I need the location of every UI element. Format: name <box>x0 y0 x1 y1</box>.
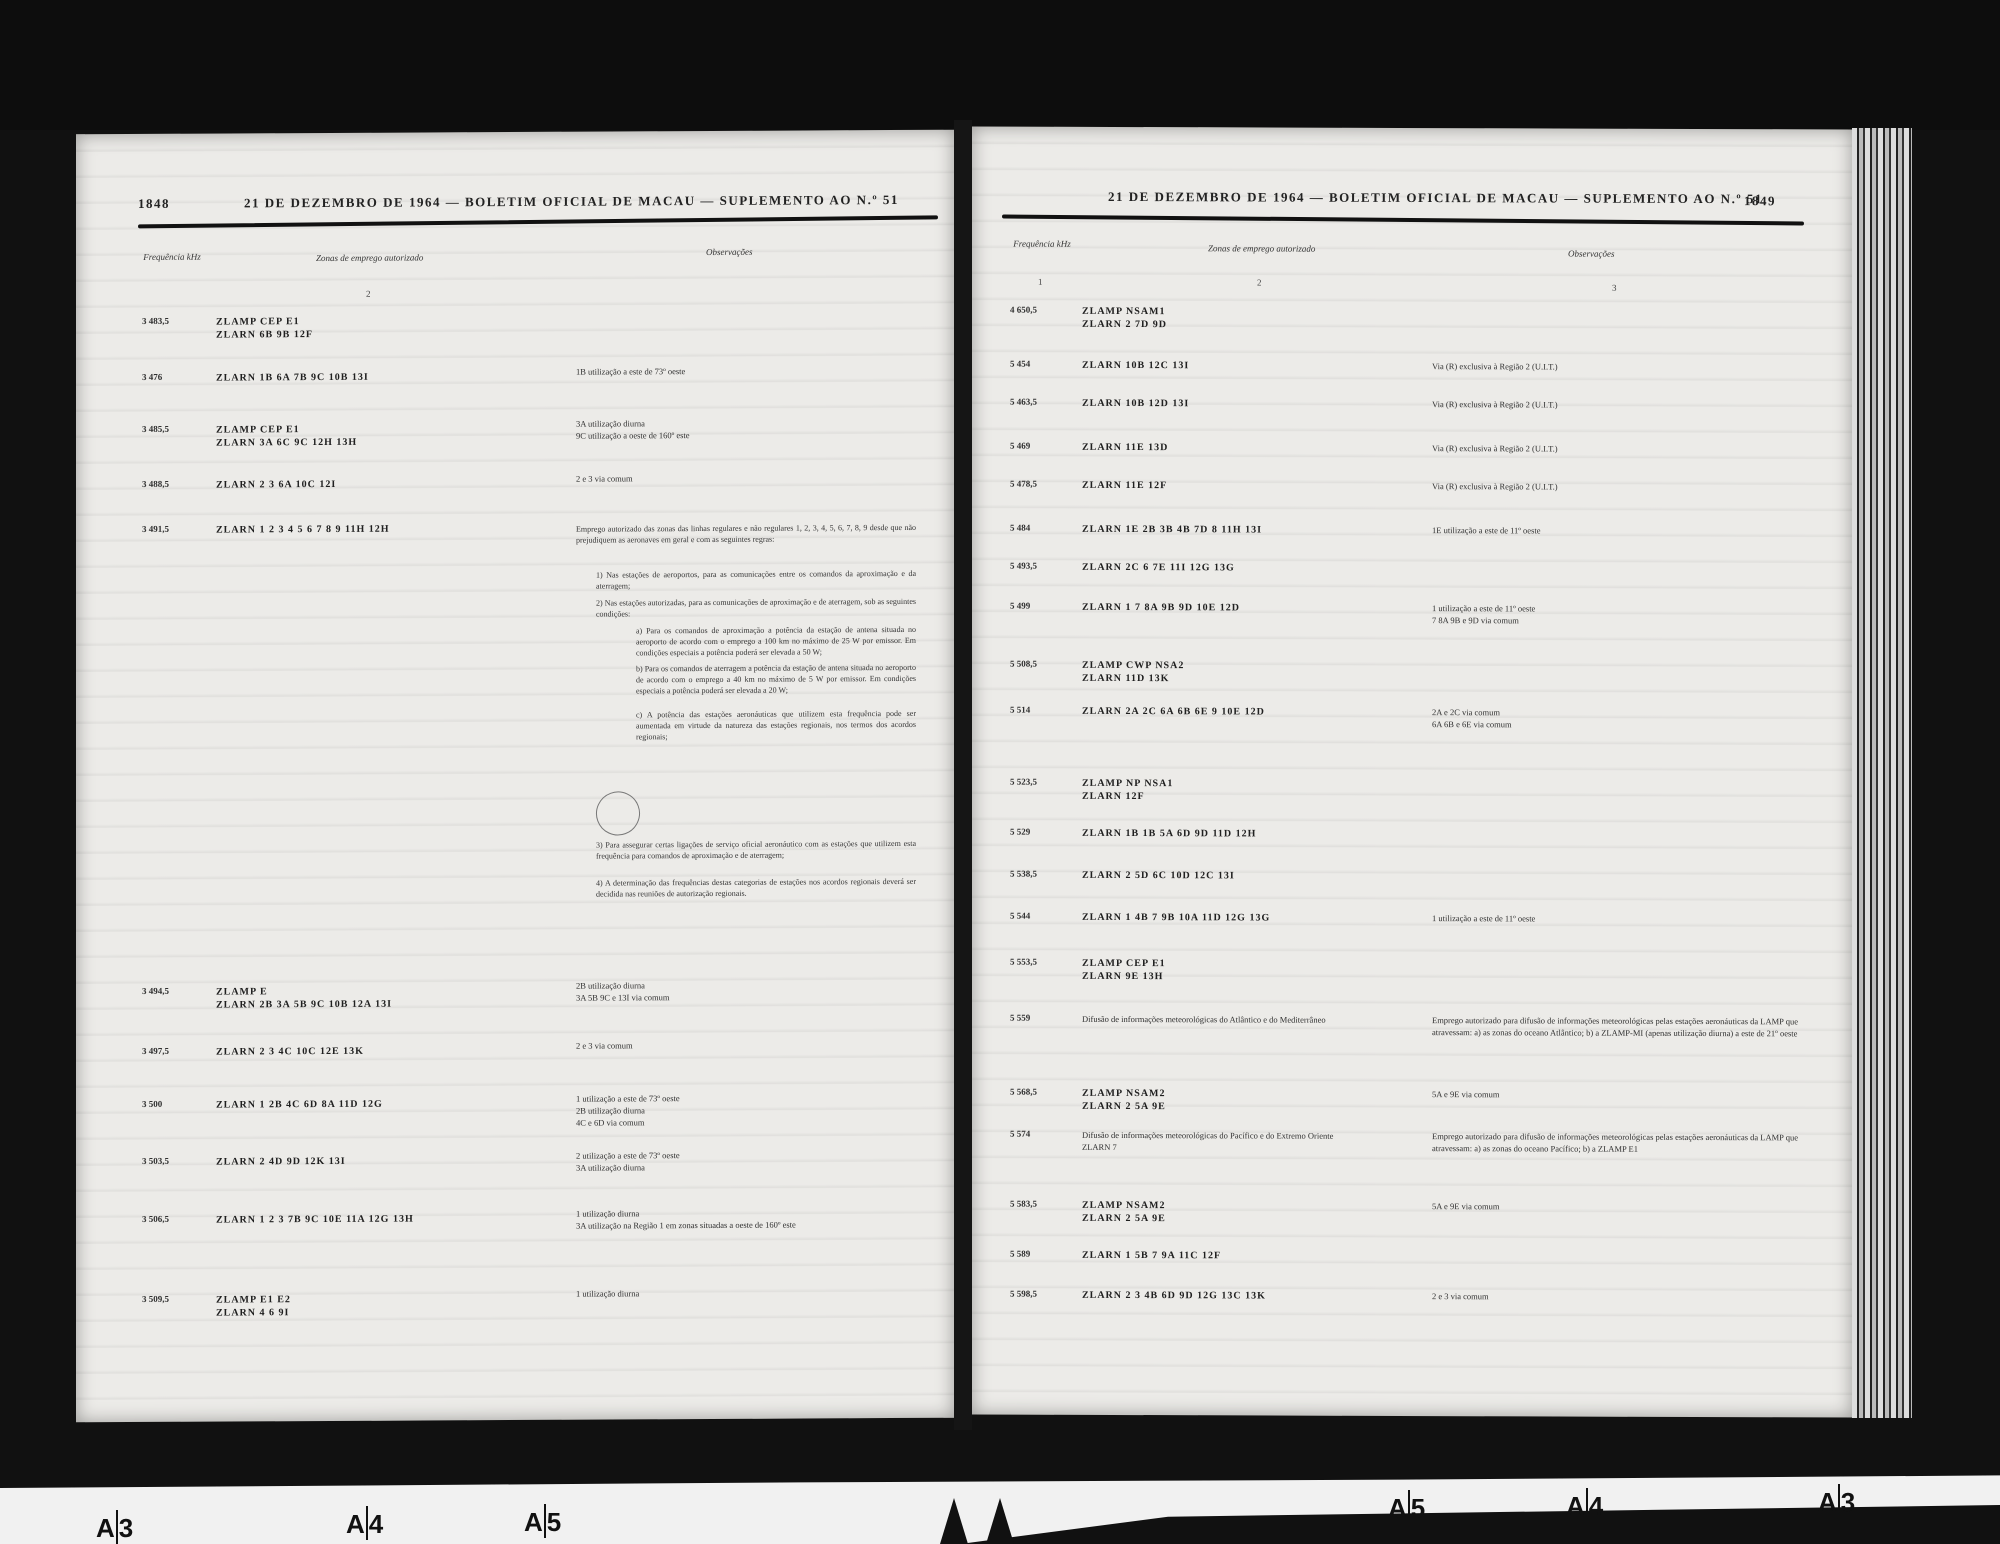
frequency-cell: 5 454 <box>1010 359 1030 369</box>
right-page: 21 DE DEZEMBRO DE 1964 — BOLETIM OFICIAL… <box>972 126 1852 1417</box>
frame-marker: A3 <box>1818 1484 1855 1518</box>
fold-marker-right <box>986 1498 1014 1544</box>
zones-cell: ZLARN 2 4D 9D 12K 13I <box>216 1155 346 1169</box>
zones-cell: ZLARN 10B 12C 13I <box>1082 359 1189 372</box>
frequency-cell: 5 589 <box>1010 1249 1030 1259</box>
book-gutter <box>954 120 972 1430</box>
observation-cell: 2A e 2C via comum 6A 6B e 6E via comum <box>1432 706 1817 731</box>
observation-cell: 1 utilização diurna 3A utilização na Reg… <box>576 1206 916 1232</box>
page-number: 1849 <box>1744 193 1776 209</box>
frequency-cell: 3 503,5 <box>142 1156 169 1166</box>
page-header: 21 DE DEZEMBRO DE 1964 — BOLETIM OFICIAL… <box>1108 189 1763 207</box>
column-header-frequency: Frequência kHz <box>1012 239 1072 249</box>
column-number: 1 <box>1038 277 1043 287</box>
frequency-cell: 5 544 <box>1010 911 1030 921</box>
observation-cell: 1 utilização a este de 11º oeste <box>1432 912 1817 925</box>
observation-cell: 2B utilização diurna 3A 5B 9C e 13I via … <box>576 978 916 1004</box>
observation-cell: Via (R) exclusiva à Região 2 (U.I.T.) <box>1432 480 1817 493</box>
observation-cell: 2 e 3 via comum <box>576 471 916 485</box>
header-rule <box>1002 214 1804 225</box>
long-observation-item: 1) Nas estações de aeroportos, para as c… <box>596 568 916 592</box>
frequency-cell: 3 476 <box>142 372 162 382</box>
frame-marker: A4 <box>346 1506 383 1540</box>
observation-cell: Via (R) exclusiva à Região 2 (U.I.T.) <box>1432 360 1817 373</box>
frequency-cell: 5 553,5 <box>1010 957 1037 967</box>
zones-cell: ZLARN 1 2 3 7B 9C 10E 11A 12G 13H <box>216 1213 414 1227</box>
frequency-cell: 5 508,5 <box>1010 659 1037 669</box>
observation-cell: 1 utilização diurna <box>576 1286 916 1300</box>
page-header: 21 DE DEZEMBRO DE 1964 — BOLETIM OFICIAL… <box>244 192 899 211</box>
frame-marker: A4 <box>1566 1488 1603 1522</box>
observation-cell: 3A utilização diurna 9C utilização a oes… <box>576 416 916 442</box>
column-number: 2 <box>1257 277 1262 287</box>
observation-cell: 2 e 3 via comum <box>1432 1290 1817 1303</box>
frequency-cell: 5 493,5 <box>1010 561 1037 571</box>
zones-cell: ZLARN 2 3 4B 6D 9D 12G 13C 13K <box>1082 1289 1266 1303</box>
long-observation-item: b) Para os comandos de aterragem a potên… <box>636 662 916 696</box>
frequency-cell: 5 514 <box>1010 705 1030 715</box>
observation-cell: Emprego autorizado para difusão de infor… <box>1432 1130 1817 1155</box>
zones-cell: ZLAMP CEP E1 ZLARN 6B 9B 12F <box>216 315 313 342</box>
frequency-cell: 3 494,5 <box>142 986 169 996</box>
observation-cell: 2 e 3 via comum <box>576 1038 916 1052</box>
zones-cell: ZLAMP NSAM2 ZLARN 2 5A 9E <box>1082 1199 1166 1225</box>
zones-cell: ZLARN 1E 2B 3B 4B 7D 8 11H 13I <box>1082 523 1262 537</box>
frequency-cell: 3 509,5 <box>142 1294 169 1304</box>
zones-cell: ZLARN 2 5D 6C 10D 12C 13I <box>1082 869 1235 883</box>
frequency-cell: 5 463,5 <box>1010 397 1037 407</box>
zones-cell: ZLARN 1 7 8A 9B 9D 10E 12D <box>1082 601 1240 615</box>
zones-cell: ZLAMP NSAM2 ZLARN 2 5A 9E <box>1082 1087 1166 1113</box>
frequency-cell: 5 529 <box>1010 827 1030 837</box>
long-observation-items: 1) Nas estações de aeroportos, para as c… <box>76 130 954 135</box>
frame-marker: A3 <box>96 1510 133 1544</box>
long-observation-item: a) Para os comandos de aproximação a pot… <box>636 624 916 658</box>
long-observation-item: 4) A determinação das frequências destas… <box>596 876 916 900</box>
column-number: 2 <box>366 289 371 299</box>
observation-cell: 1 utilização a este de 11º oeste 7 8A 9B… <box>1432 602 1817 627</box>
zones-cell: ZLARN 2 3 6A 10C 12I <box>216 478 336 492</box>
zones-cell: ZLARN 1B 6A 7B 9C 10B 13I <box>216 371 369 385</box>
fold-marker-left <box>940 1498 968 1544</box>
observation-cell: Emprego autorizado para difusão de infor… <box>1432 1014 1817 1039</box>
frequency-cell: 5 523,5 <box>1010 777 1037 787</box>
frequency-cell: 5 559 <box>1010 1013 1030 1023</box>
zones-cell: ZLAMP CEP E1 ZLARN 3A 6C 9C 12H 13H <box>216 423 357 450</box>
header-rule <box>138 215 938 228</box>
zones-cell: ZLARN 2A 2C 6A 6B 6E 9 10E 12D <box>1082 705 1265 719</box>
column-header-zones: Zonas de emprego autorizado <box>316 252 423 263</box>
observation-cell: 5A e 9E via comum <box>1432 1200 1817 1213</box>
column-header-observations: Observações <box>706 247 753 257</box>
frequency-cell: 3 485,5 <box>142 424 169 434</box>
frequency-cell: 3 506,5 <box>142 1214 169 1224</box>
zones-cell: ZLARN 1B 1B 5A 6D 9D 11D 12H <box>1082 827 1256 841</box>
long-observation-item: 2) Nas estações autorizadas, para as com… <box>596 596 916 620</box>
film-border-top <box>0 0 2000 130</box>
zones-cell: ZLAMP NP NSA1 ZLARN 12F <box>1082 777 1173 803</box>
zones-cell: ZLAMP CEP E1 ZLARN 9E 13H <box>1082 957 1166 983</box>
frequency-cell: 3 500 <box>142 1099 162 1109</box>
zones-cell: Difusão de informações meteorológicas do… <box>1082 1129 1422 1154</box>
zones-cell: ZLARN 11E 12F <box>1082 479 1167 492</box>
frequency-cell: 5 538,5 <box>1010 869 1037 879</box>
frequency-cell: 5 469 <box>1010 441 1030 451</box>
frequency-cell: 3 483,5 <box>142 316 169 326</box>
observation-cell: 5A e 9E via comum <box>1432 1088 1817 1101</box>
column-number: 3 <box>1612 283 1617 293</box>
left-page: 1848 21 DE DEZEMBRO DE 1964 — BOLETIM OF… <box>76 130 954 1423</box>
observation-cell: 1E utilização a este de 11º oeste <box>1432 524 1817 537</box>
frequency-cell: 3 497,5 <box>142 1046 169 1056</box>
zones-cell: ZLARN 11E 13D <box>1082 441 1168 454</box>
zones-cell: ZLAMP CWP NSA2 ZLARN 11D 13K <box>1082 659 1184 685</box>
zones-cell: ZLAMP E ZLARN 2B 3A 5B 9C 10B 12A 13I <box>216 985 392 1012</box>
frequency-cell: 4 650,5 <box>1010 305 1037 315</box>
frequency-cell: 3 488,5 <box>142 479 169 489</box>
frame-marker: A5 <box>1388 1490 1425 1524</box>
page-stack-edge <box>1852 128 1912 1418</box>
observation-cell: 1 utilização a este de 73º oeste 2B util… <box>576 1091 916 1129</box>
observation-cell: 1B utilização a este de 73º oeste <box>576 364 916 378</box>
column-header-zones: Zonas de emprego autorizado <box>1208 243 1315 253</box>
observation-cell: Via (R) exclusiva à Região 2 (U.I.T.) <box>1432 442 1817 455</box>
zones-cell: ZLARN 10B 12D 13I <box>1082 397 1189 410</box>
observation-cell: 2 utilização a este de 73º oeste 3A util… <box>576 1148 916 1174</box>
column-header-frequency: Frequência kHz <box>142 252 202 262</box>
frequency-cell: 5 568,5 <box>1010 1087 1037 1097</box>
column-header-observations: Observações <box>1568 249 1615 259</box>
zones-cell: Difusão de informações meteorológicas do… <box>1082 1013 1422 1026</box>
left-table-rows: 3 483,5ZLAMP CEP E1 ZLARN 6B 9B 12F3 476… <box>76 130 954 135</box>
frequency-cell: 5 583,5 <box>1010 1199 1037 1209</box>
frequency-cell: 5 598,5 <box>1010 1289 1037 1299</box>
page-number: 1848 <box>138 196 170 212</box>
long-observation-intro: Emprego autorizado das zonas das linhas … <box>576 522 916 546</box>
zones-cell: ZLAMP NSAM1 ZLARN 2 7D 9D <box>1082 305 1167 331</box>
observation-cell: Via (R) exclusiva à Região 2 (U.I.T.) <box>1432 398 1817 411</box>
zones-cell: ZLARN 1 4B 7 9B 10A 11D 12G 13G <box>1082 911 1270 925</box>
long-observation-item: 3) Para assegurar certas ligações de ser… <box>596 838 916 862</box>
zones-cell: ZLARN 1 2B 4C 6D 8A 11D 12G <box>216 1098 383 1112</box>
long-observation-item: c) A potência das estações aeronáuticas … <box>636 708 916 742</box>
zones-cell: ZLAMP E1 E2 ZLARN 4 6 9I <box>216 1293 291 1319</box>
zones-cell: ZLARN 2 3 4C 10C 12E 13K <box>216 1045 364 1059</box>
zones-cell: ZLARN 1 5B 7 9A 11C 12F <box>1082 1249 1221 1262</box>
frequency-cell: 5 478,5 <box>1010 479 1037 489</box>
frequency-cell: 5 499 <box>1010 601 1030 611</box>
frequency-cell: 5 574 <box>1010 1129 1030 1139</box>
frequency-cell: 3 491,5 <box>142 524 169 534</box>
handwritten-circle-mark <box>590 785 646 842</box>
zones-cell: ZLARN 2C 6 7E 11I 12G 13G <box>1082 561 1235 575</box>
frame-marker: A5 <box>524 1504 561 1538</box>
zones-cell: ZLARN 1 2 3 4 5 6 7 8 9 11H 12H <box>216 523 390 537</box>
frequency-cell: 5 484 <box>1010 523 1030 533</box>
